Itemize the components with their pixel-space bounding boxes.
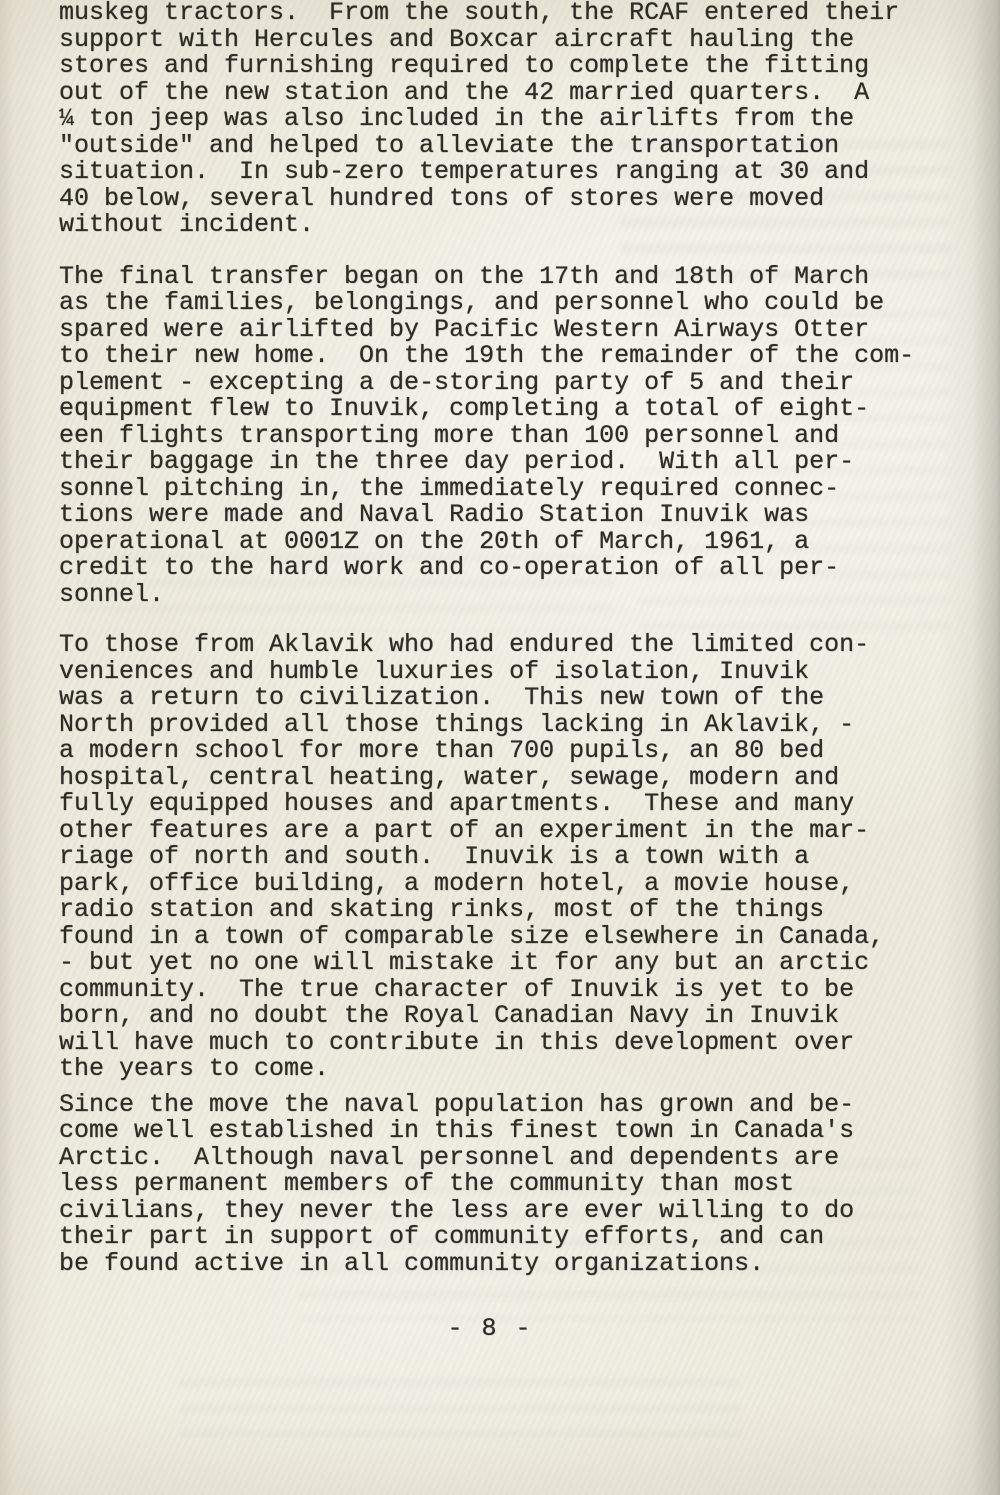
paragraph-continuation: muskeg tractors. From the south, the RCA…	[59, 0, 914, 239]
page-edge-shading-left	[0, 0, 14, 1495]
page-edge-shading-right	[972, 0, 1000, 1495]
paragraph-aklavik-inuvik: To those from Aklavik who had endured th…	[59, 632, 914, 1083]
page-number: - 8 -	[0, 1316, 980, 1343]
paragraph-naval-population: Since the move the naval population has …	[59, 1092, 914, 1278]
body-text: muskeg tractors. From the south, the RCA…	[59, 0, 914, 1277]
bleedthrough-ghost	[180, 1378, 740, 1438]
paragraph-final-transfer: The final transfer began on the 17th and…	[59, 264, 914, 609]
scanned-document-page: muskeg tractors. From the south, the RCA…	[0, 0, 1000, 1495]
